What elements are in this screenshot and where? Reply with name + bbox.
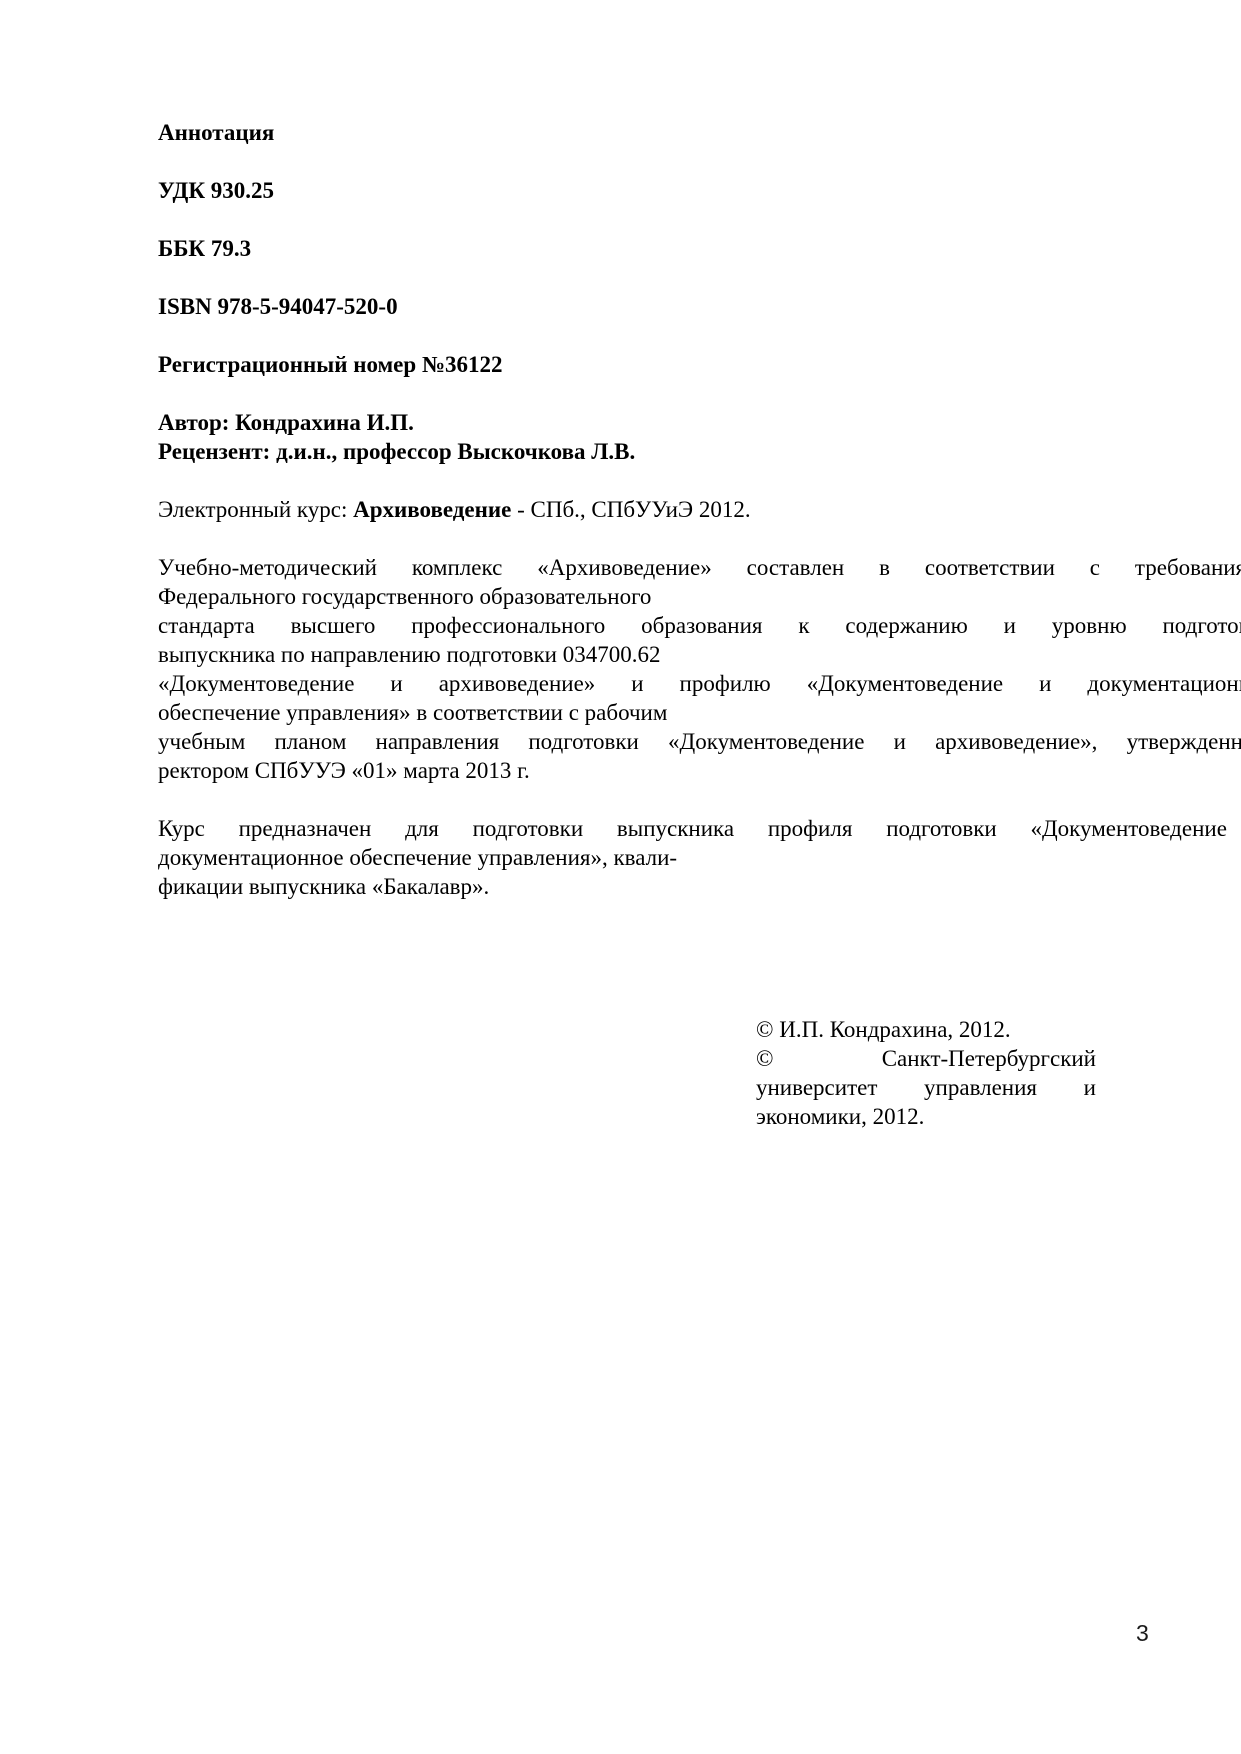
paragraph-line: стандарта высшего профессионального обра… <box>158 611 1241 640</box>
spacer <box>158 379 1241 408</box>
copyright-block: © И.П. Кондрахина, 2012. © Санкт-Петербу… <box>756 1015 1096 1131</box>
spacer <box>158 466 1241 495</box>
paragraph-line: выпускника по направлению подготовки 034… <box>158 640 1241 669</box>
paragraph-line: документационное обеспечение управления»… <box>158 843 1241 872</box>
paragraph-umk: Учебно-методический комплекс «Архивоведе… <box>158 553 1241 785</box>
course-line: Электронный курс: Архивоведение - СПб., … <box>158 495 1241 524</box>
author-line: Автор: Кондрахина И.П. <box>158 408 1241 437</box>
copyright-line: экономики, 2012. <box>756 1102 1096 1131</box>
bbk-line: ББК 79.3 <box>158 234 1241 263</box>
registration-number-line: Регистрационный номер №36122 <box>158 350 1241 379</box>
paragraph-line: Учебно-методический комплекс «Архивоведе… <box>158 553 1241 582</box>
paragraph-course-purpose: Курс предназначен для подготовки выпускн… <box>158 814 1241 901</box>
udk-line: УДК 930.25 <box>158 176 1241 205</box>
paragraph-line: Федерального государственного образовате… <box>158 582 1241 611</box>
spacer <box>158 263 1241 292</box>
spacer <box>158 785 1241 814</box>
course-line-suffix: - СПб., СПбУУиЭ 2012. <box>511 497 750 522</box>
course-name: Архивоведение <box>353 497 511 522</box>
paragraph-line: учебным планом направления подготовки «Д… <box>158 727 1241 756</box>
paragraph-line: «Документоведение и архивоведение» и про… <box>158 669 1241 698</box>
page-content: Аннотация УДК 930.25 ББК 79.3 ISBN 978-5… <box>158 118 1241 1131</box>
reviewer-line: Рецензент: д.и.н., профессор Выскочкова … <box>158 437 1241 466</box>
isbn-line: ISBN 978-5-94047-520-0 <box>158 292 1241 321</box>
page-number: 3 <box>1136 1620 1149 1646</box>
spacer <box>158 524 1241 553</box>
annotation-heading: Аннотация <box>158 118 1241 147</box>
paragraph-line: Курс предназначен для подготовки выпускн… <box>158 814 1241 843</box>
copyright-line: университет управления и <box>756 1073 1096 1102</box>
course-line-prefix: Электронный курс: <box>158 497 353 522</box>
paragraph-line: ректором СПбУУЭ «01» марта 2013 г. <box>158 756 1241 785</box>
paragraph-line: фикации выпускника «Бакалавр». <box>158 872 1241 901</box>
copyright-line: © Санкт-Петербургский <box>756 1044 1096 1073</box>
copyright-line: © И.П. Кондрахина, 2012. <box>756 1015 1096 1044</box>
spacer <box>158 147 1241 176</box>
spacer <box>158 321 1241 350</box>
paragraph-line: обеспечение управления» в соответствии с… <box>158 698 1241 727</box>
spacer <box>158 205 1241 234</box>
